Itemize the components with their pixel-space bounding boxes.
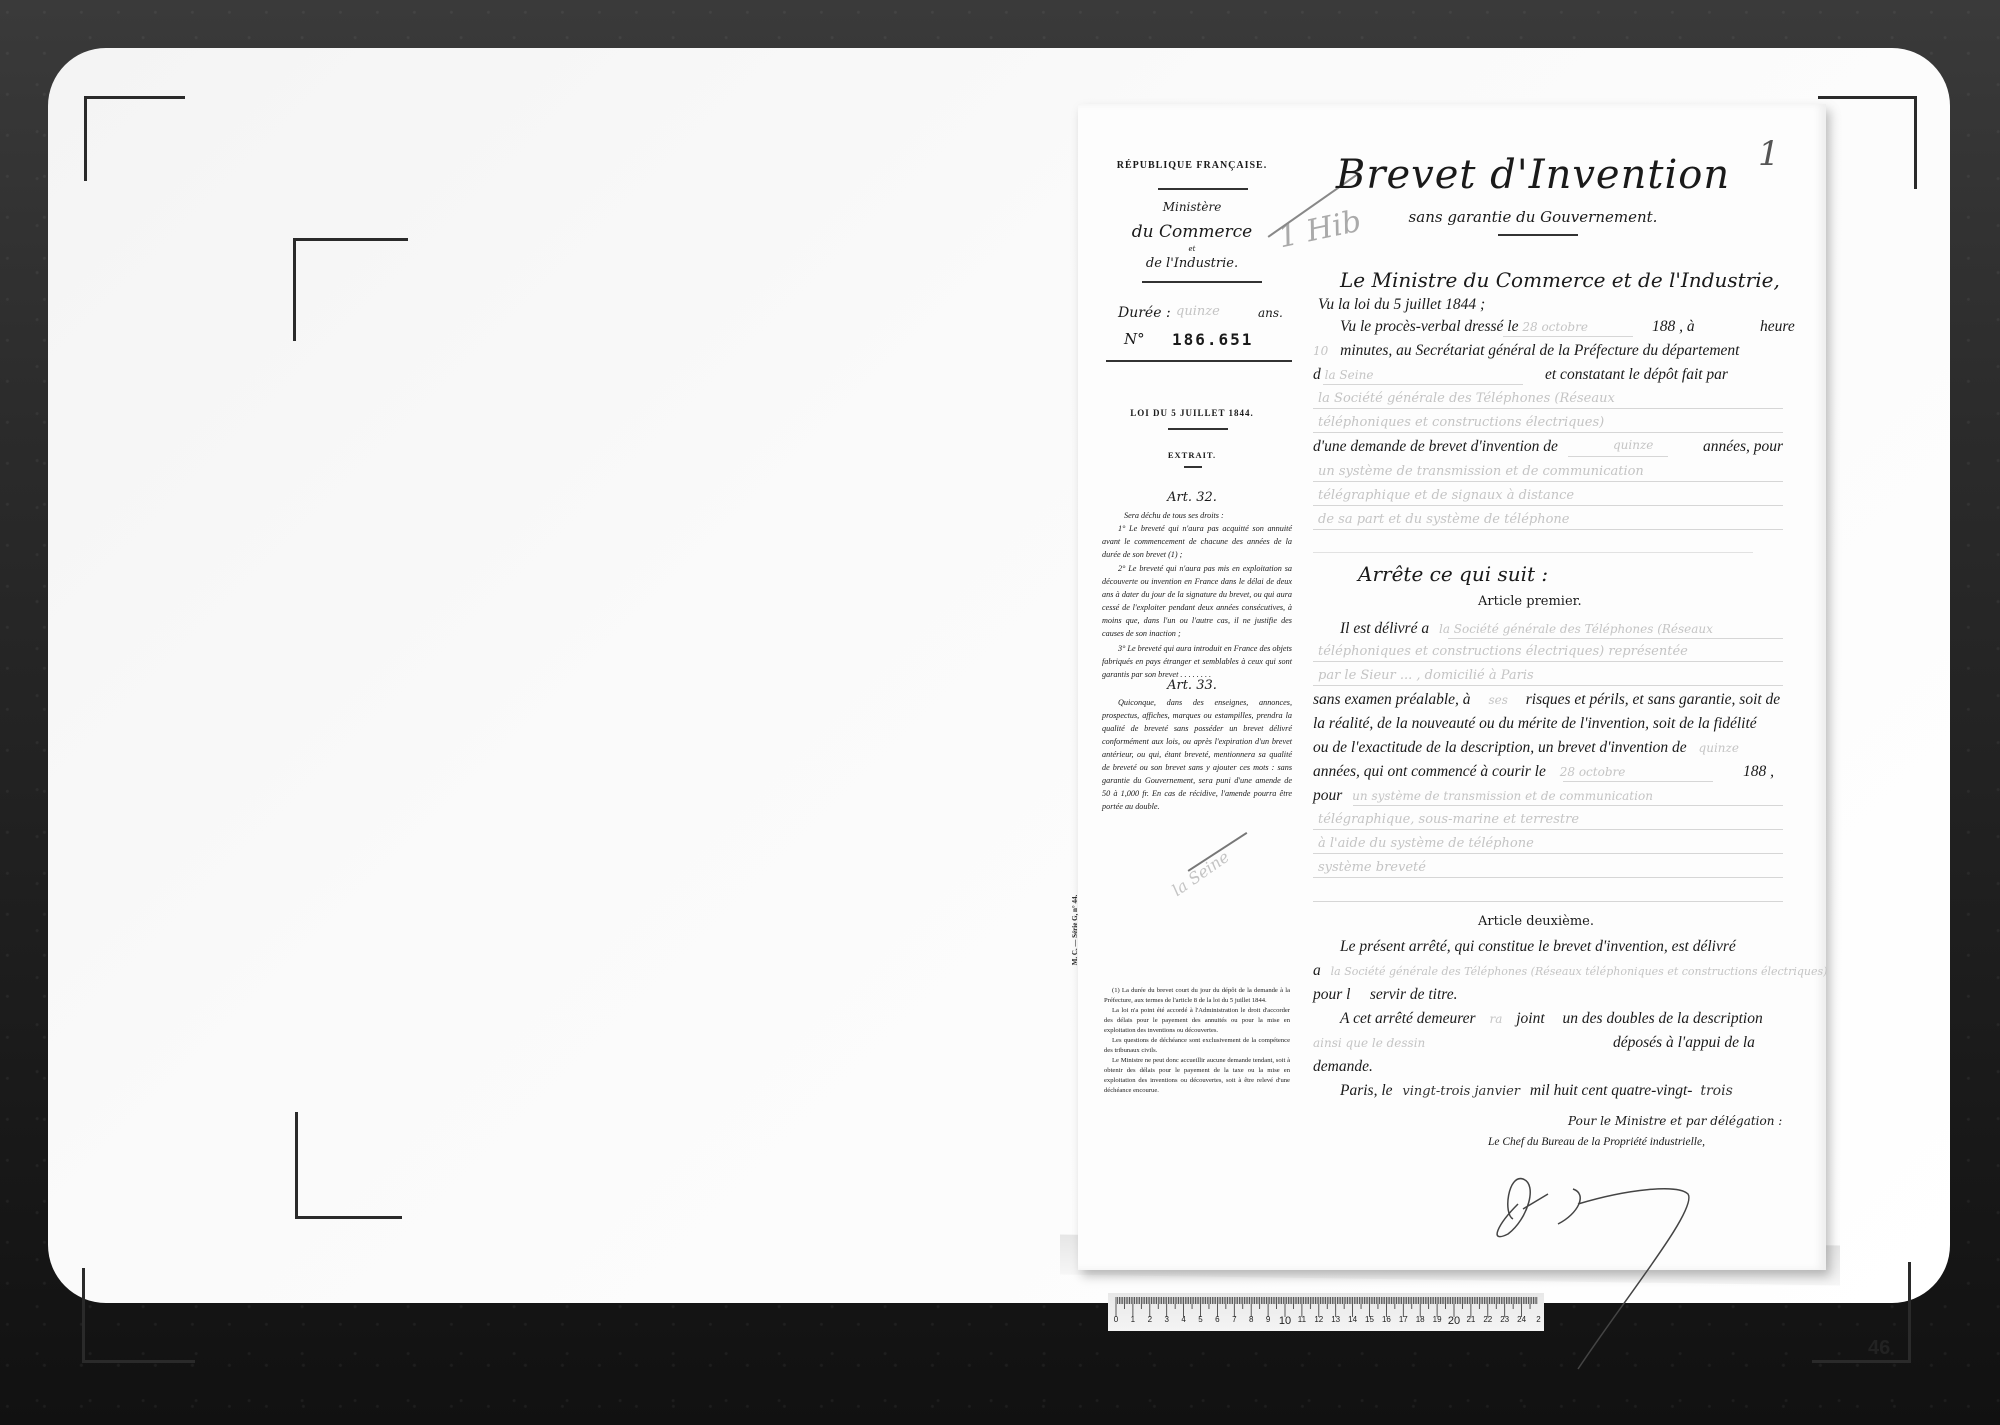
ruler-label: 22: [1483, 1315, 1492, 1324]
text: minutes, au Secrétariat général de la Pr…: [1340, 342, 1739, 359]
divider: [1184, 466, 1202, 468]
ruler-label: 13: [1331, 1315, 1340, 1324]
line-realite: la réalité, de la nouveauté ou du mérite…: [1313, 715, 1788, 733]
fill-line: [1313, 853, 1783, 854]
handwritten-date: 28 octobre: [1522, 320, 1588, 334]
republic-header: RÉPUBLIQUE FRANÇAISE.: [1102, 160, 1282, 171]
divider: [1168, 428, 1228, 430]
fill-line: [1313, 901, 1783, 902]
ruler-label: 7: [1232, 1315, 1236, 1324]
handwritten-description: ainsi que le dessin: [1313, 1036, 1425, 1050]
handwritten-year: trois: [1700, 1083, 1732, 1099]
ruler-label: 6: [1215, 1315, 1219, 1324]
divider: [1498, 234, 1578, 236]
line-demande: d'une demande de brevet d'invention de q…: [1313, 438, 1788, 456]
handwritten-risques: ses: [1488, 693, 1507, 707]
delegation-line: Pour le Ministre et par délégation :: [1568, 1114, 2000, 1128]
recipient-line-3: par le Sieur ... , domicilié à Paris: [1318, 668, 1534, 683]
fill-line: [1313, 505, 1783, 506]
art32-intro: Sera déchu de tous ses droits :: [1124, 509, 1284, 522]
ruler-label: 2: [1536, 1315, 1540, 1324]
fill-line: [1313, 829, 1783, 830]
separator: [1313, 552, 1753, 553]
footnote-1: (1) La durée du brevet court du jour du …: [1104, 986, 1290, 1006]
handwritten-paris-date: vingt-trois janvier: [1402, 1084, 1520, 1099]
handwritten-purpose: un système de transmission et de communi…: [1352, 789, 1653, 803]
text: pour: [1313, 787, 1342, 804]
line-minutes: 10 minutes, au Secrétariat général de la…: [1313, 342, 1788, 360]
ruler-label: 18: [1416, 1315, 1425, 1324]
extract-title: EXTRAIT.: [1102, 450, 1282, 460]
text: mil huit cent quatre-vingt-: [1530, 1082, 1693, 1099]
handwritten-recipient: la Société générale des Téléphones (Rése…: [1439, 622, 1713, 636]
pour-line-3: à l'aide du système de téléphone: [1318, 836, 1534, 851]
line-sans-examen: sans examen préalable, à ses risques et …: [1313, 691, 1788, 709]
divider: [1106, 360, 1292, 362]
fill-line: [1568, 456, 1668, 457]
text: A cet arrêté demeurer: [1340, 1010, 1476, 1027]
text: heure: [1760, 318, 1795, 336]
ruler-label: 5: [1198, 1315, 1202, 1324]
pour-line-4: système breveté: [1318, 860, 1426, 875]
duree-unit: ans.: [1258, 306, 1283, 320]
line-joint: A cet arrêté demeurer ra joint un des do…: [1340, 1010, 1815, 1028]
article-1-heading: Article premier.: [1478, 594, 1953, 609]
crop-mark-inner-top-left: [293, 238, 408, 341]
ruler-label: 12: [1314, 1315, 1323, 1324]
line-present: Le présent arrêté, qui constitue le brev…: [1340, 938, 1815, 956]
line-annees: années, qui ont commencé à courir le 28 …: [1313, 763, 1788, 781]
pencil-note: la Seine: [1168, 847, 1232, 900]
handwritten-departement: la Seine: [1325, 368, 1374, 382]
line-vu-pv: Vu le procès-verbal dressé le 28 octobre…: [1340, 318, 1815, 336]
divider: [1142, 281, 1262, 283]
fill-line: [1313, 529, 1783, 530]
duree-label: Durée :: [1118, 305, 1171, 321]
series-reference: M. C. — Série G, n° 44.: [1071, 895, 1079, 965]
patent-number-row: N° 186.651: [1124, 330, 1294, 352]
ruler-label: 11: [1298, 1315, 1306, 1324]
art32-para-2: 2° Le breveté qui n'aura pas mis en expl…: [1102, 562, 1292, 640]
signature: [1478, 1164, 1738, 1374]
ruler-label: 9: [1266, 1315, 1270, 1324]
text: années, pour: [1703, 438, 1783, 456]
text: déposés à l'appui de la: [1613, 1034, 1755, 1052]
ruler-label: 20: [1448, 1315, 1460, 1327]
ministry-line-1: Ministère: [1102, 200, 1282, 214]
text: Il est délivré a: [1340, 620, 1429, 637]
document-title: Brevet d'Invention: [1323, 152, 1743, 198]
handwritten-years: quinze: [1613, 438, 1653, 452]
frame-number: 46: [1868, 1337, 1890, 1360]
art32-para-1: 1° Le breveté qui n'aura pas acquitté so…: [1102, 522, 1292, 561]
fill-line: [1448, 638, 1783, 639]
arrete-heading: Arrête ce qui suit :: [1358, 562, 1833, 586]
text: sans examen préalable, à: [1313, 691, 1471, 708]
duree-row: Durée : quinze ans.: [1118, 304, 1288, 324]
chef-line: Le Chef du Bureau de la Propriété indust…: [1488, 1136, 1963, 1148]
fill-line: [1313, 408, 1783, 409]
text: Vu le procès-verbal dressé le: [1340, 318, 1518, 335]
text: années, qui ont commencé à courir le: [1313, 763, 1546, 780]
ruler-label: 3: [1164, 1315, 1168, 1324]
duree-value: quinze: [1176, 304, 1220, 319]
line-deposes: ainsi que le dessin déposés à l'appui de…: [1313, 1034, 1788, 1052]
purpose-line-2: télégraphique et de signaux à distance: [1318, 488, 1574, 503]
line-servir: pour l servir de titre.: [1313, 986, 1788, 1004]
law-title: LOI DU 5 JUILLET 1844.: [1102, 408, 1282, 418]
patent-document: 1 1 Hib RÉPUBLIQUE FRANÇAISE. Ministère …: [1078, 104, 1826, 1270]
text: d'une demande de brevet d'invention de: [1313, 438, 1558, 455]
number-label: N°: [1124, 330, 1145, 348]
fill-line: [1313, 661, 1783, 662]
ruler-label: 2: [1148, 1315, 1152, 1324]
ruler-label: 10: [1279, 1315, 1291, 1327]
fill-line: [1353, 805, 1783, 806]
page-mark: 1: [1758, 134, 1780, 174]
line-departement: d la Seine et constatant le dépôt fait p…: [1313, 366, 1788, 384]
text: Paris, le: [1340, 1082, 1393, 1099]
ruler-label: 0: [1114, 1315, 1118, 1324]
ruler-label: 17: [1399, 1315, 1408, 1324]
text: 188 , à: [1652, 318, 1695, 336]
line-pour: pour un système de transmission et de co…: [1313, 787, 1788, 805]
ruler-label: 8: [1249, 1315, 1253, 1324]
document-subtitle: sans garantie du Gouvernement.: [1323, 208, 1743, 226]
text: ou de l'exactitude de la description, un…: [1313, 739, 1687, 756]
text: un des doubles de la description: [1563, 1010, 1763, 1027]
ruler-label: 1: [1131, 1315, 1135, 1324]
measurement-ruler: 0123456789101112131415161718192021222324…: [1108, 1293, 1544, 1331]
ministry-line-4: de l'Industrie.: [1102, 256, 1282, 271]
crop-mark-top-left: [84, 96, 185, 181]
text: d: [1313, 366, 1321, 383]
recipient-line-2: téléphoniques et constructions électriqu…: [1318, 644, 1688, 659]
ruler-label: 4: [1181, 1315, 1185, 1324]
ruler-ticks: [1114, 1295, 1538, 1317]
ruler-label: 14: [1348, 1315, 1357, 1324]
patent-number: 186.651: [1172, 330, 1253, 349]
line-delivre: Il est délivré a la Société générale des…: [1340, 620, 1815, 638]
purpose-line-1: un système de transmission et de communi…: [1318, 464, 1644, 479]
pour-line-2: télégraphique, sous-marine et terrestre: [1318, 812, 1579, 827]
art32-title: Art. 32.: [1102, 490, 1282, 505]
crop-mark-top-right: [1818, 96, 1917, 189]
handwritten-a-recipient: la Société générale des Téléphones (Rése…: [1331, 965, 1828, 978]
fill-line: [1313, 481, 1783, 482]
handwritten-minutes: 10: [1313, 344, 1328, 358]
ministry-line-2: du Commerce: [1102, 222, 1282, 242]
text: 188 ,: [1743, 763, 1774, 781]
purpose-line-3: de sa part et du système de téléphone: [1318, 512, 1569, 527]
footnote-3: Les questions de déchéance sont exclusiv…: [1104, 1036, 1290, 1056]
depositor-line-2: téléphoniques et constructions électriqu…: [1318, 415, 1604, 430]
text: a: [1313, 962, 1321, 979]
ruler-label: 23: [1500, 1315, 1509, 1324]
handwritten-duree: quinze: [1699, 741, 1739, 755]
fill-line: [1313, 877, 1783, 878]
divider: [1158, 188, 1248, 190]
ruler-label: 16: [1382, 1315, 1391, 1324]
line-paris: Paris, le vingt-trois janvier mil huit c…: [1340, 1082, 1815, 1100]
ministry-line-3: et: [1102, 245, 1282, 253]
handwritten-start-date: 28 octobre: [1560, 765, 1626, 779]
art33-title: Art. 33.: [1102, 678, 1282, 693]
minister-heading: Le Ministre du Commerce et de l'Industri…: [1340, 268, 1815, 292]
crop-mark-inner-bottom-left: [295, 1112, 402, 1219]
article-2-heading: Article deuxième.: [1478, 914, 1953, 929]
art33-text: Quiconque, dans des enseignes, annonces,…: [1102, 696, 1292, 813]
fill-line: [1563, 781, 1713, 782]
handwritten-demeurer: ra: [1489, 1012, 1502, 1026]
fill-line: [1503, 336, 1633, 337]
line-a: a la Société générale des Téléphones (Ré…: [1313, 962, 1788, 980]
footnote-2: La loi n'a point été accordé à l'Adminis…: [1104, 1006, 1290, 1036]
ruler-label: 21: [1466, 1315, 1475, 1324]
line-exactitude: ou de l'exactitude de la description, un…: [1313, 739, 1788, 757]
fill-line: [1323, 384, 1523, 385]
crop-mark-bottom-left: [82, 1268, 195, 1363]
fill-line: [1313, 432, 1783, 433]
text: risques et périls, et sans garantie, soi…: [1526, 691, 1780, 708]
art32-para-3: 3° Le breveté qui aura introduit en Fran…: [1102, 642, 1292, 681]
ruler-label: 24: [1517, 1315, 1526, 1324]
line-vu-loi: Vu la loi du 5 juillet 1844 ;: [1318, 296, 1793, 314]
ruler-label: 15: [1365, 1315, 1374, 1324]
footnote-4: Le Ministre ne peut donc accueillir aucu…: [1104, 1056, 1290, 1096]
line-demande-end: demande.: [1313, 1058, 1788, 1076]
fill-line: [1313, 685, 1783, 686]
ruler-label: 19: [1433, 1315, 1442, 1324]
text: et constatant le dépôt fait par: [1545, 366, 1728, 384]
depositor-line-1: la Société générale des Téléphones (Rése…: [1318, 391, 1615, 406]
text: joint: [1516, 1010, 1544, 1027]
